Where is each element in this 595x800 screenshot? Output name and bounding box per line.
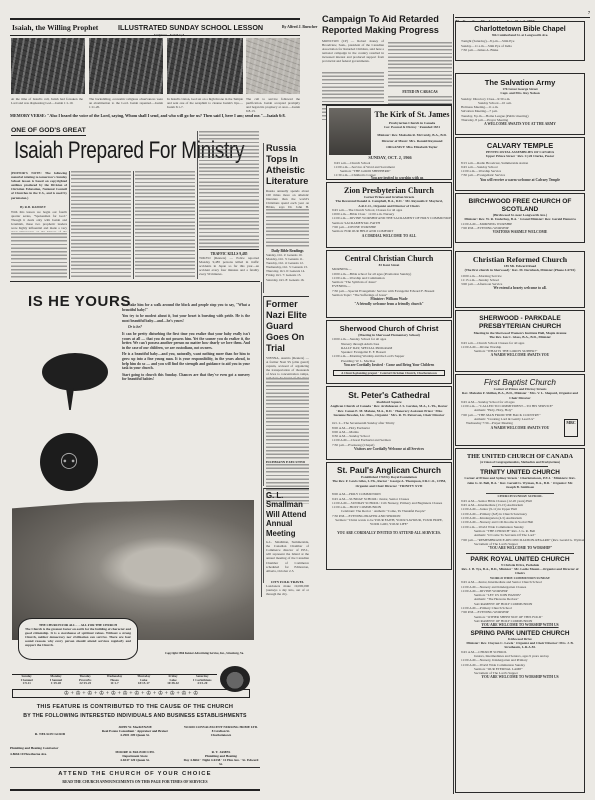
day-reading: SundayI Samuel1:9-11 xyxy=(14,675,40,688)
church-name-spring-park: SPRING PARK UNITED CHURCH xyxy=(456,630,584,637)
church-steeple-photo xyxy=(329,108,371,155)
baby-carriage-medallion-icon: ⚇ xyxy=(40,433,98,491)
church-name: Charlottetown Bible Chapel xyxy=(456,26,584,33)
church-kirk-of-st-james: The Kirk of St. James Presbyterian Churc… xyxy=(326,105,452,180)
nazi-headline: Former Nazi Elite Guard Goes On Trial xyxy=(266,299,309,354)
memory-verse-text: "Also I heard the voice of the Lord, say… xyxy=(47,114,286,118)
lesson-scripture: Scripture—Isaiah 1; 6. xyxy=(154,33,185,37)
church-central-christian: Central Christian Church 83 Kent Street … xyxy=(326,250,452,318)
church-birchwood-free-church: BIRCHWOOD FREE CHURCH OF SCOTLAND (Birch… xyxy=(455,193,585,243)
ad-ellipse-logo-icon xyxy=(42,353,108,391)
comic-caption-3: In Isaiah's vision, God sat on a high th… xyxy=(167,97,243,113)
church-name: First Baptist Church xyxy=(456,378,584,387)
memory-verse: MEMORY VERSE: "Also I heard the voice of… xyxy=(10,114,300,123)
church-charlottetown-bible-chapel: Charlottetown Bible Chapel 9th Cumberlan… xyxy=(455,21,585,61)
attend-church-banner: ATTEND THE CHURCH OF YOUR CHOICE xyxy=(10,771,260,777)
church-name: St. Peter's Cathedral xyxy=(327,390,451,400)
church-planting-note: A Church-planting project · Central Chri… xyxy=(333,370,445,376)
ad-headline: IS HE YOURS xyxy=(28,293,131,310)
church-name-park-royal: PARK ROYAL UNITED CHURCH xyxy=(456,556,584,563)
russia-headline: Russia Tops In Atheistic Literature xyxy=(266,143,309,187)
editors-note: (EDITOR'S NOTE: The following material r… xyxy=(11,171,67,203)
article-column-3-text xyxy=(135,171,195,279)
comic-panel-1 xyxy=(11,38,85,94)
church-salvation-army: The Salvation Army 176 Great George Stre… xyxy=(455,73,585,135)
church-sherwood-church-of-christ: Sherwood Church of Christ (Meeting in Sh… xyxy=(326,320,452,384)
sponsor-good: R. NELSON GOOD xyxy=(10,732,90,736)
church-name: Zion Presbyterian Church xyxy=(327,186,451,195)
newspaper-dateline: The Guardian, Charlottetown, Sat., Oct. … xyxy=(455,10,590,18)
comic-panel-4 xyxy=(246,38,300,94)
sponsors-block: THIS FEATURE IS CONTRIBUTED TO THE CAUSE… xyxy=(10,704,260,796)
day-reading: FridayLuke10:38-42 xyxy=(160,675,186,688)
campaign-dateline: MONCTON (CP) — Robert Jeaney of Broadvie… xyxy=(322,39,384,67)
lesson-masthead: Isaiah, the Willing Prophet ILLUSTRATED … xyxy=(10,18,300,36)
church-st-peters-cathedral: St. Peter's Cathedral Rochford Square An… xyxy=(326,386,452,460)
sponsors-line-1: THIS FEATURE IS CONTRIBUTED TO THE CAUSE… xyxy=(10,704,260,710)
church-for-all-box: THE CHURCH FOR ALL . . . ALL FOR THE CHU… xyxy=(18,618,138,660)
service-date: SUNDAY, OCT. 2, 1966 xyxy=(329,156,451,161)
ad-pendant-stem-icon xyxy=(66,388,74,410)
church-name: Sherwood Church of Christ xyxy=(327,324,451,333)
comic-panel-3 xyxy=(167,38,243,94)
comic-caption-4: The call to service followed the purific… xyxy=(246,97,300,113)
lesson-title: Isaiah, the Willing Prophet xyxy=(12,23,98,32)
church-first-baptist: First Baptist Church Corner of Prince an… xyxy=(455,374,585,446)
church-sherwood-parkdale-presbyterian: SHERWOOD - PARKDALE PRESBYTERIAN CHURCH … xyxy=(455,310,585,372)
church-christian-reformed: Christian Reformed Church 185 Mt. Edward… xyxy=(455,251,585,308)
sponsors-line-2: BY THE FOLLOWING INTERESTED INDIVIDUALS … xyxy=(10,713,260,719)
article-column-2-text xyxy=(71,171,131,279)
article-kicker: ONE OF GOD'S GREAT xyxy=(11,127,86,136)
campaign-headline: Campaign To Aid Retarded Reported Making… xyxy=(322,14,447,36)
church-name: TRINITY UNITED CHURCH xyxy=(456,469,584,476)
church-name: SHERWOOD - PARKDALE PRESBYTERIAN CHURCH xyxy=(456,315,584,331)
newspaper-page: Isaiah, the Willing Prophet ILLUSTRATED … xyxy=(0,0,595,800)
mbc-logo-icon: MBC xyxy=(564,419,578,437)
nazi-dateline: VIENNA, Austria (Reuters) — A former Naz… xyxy=(266,356,309,378)
ad-copy: You take him for a walk around the block… xyxy=(122,303,250,382)
traffic-sidebar-text: TOKYO (Reuters) — Police reported Monday… xyxy=(199,256,259,278)
russia-dateline: Russia annually spends about 100 times m… xyxy=(266,189,309,209)
lesson-byline: By Alfred J. Buescher xyxy=(282,25,317,29)
church-st-pauls-anglican: St. Paul's Anglican Church Established 1… xyxy=(326,462,452,570)
attend-church-subline: READ THE CHURCH ANNOUNCEMENTS ON THIS PA… xyxy=(10,780,260,784)
smallman-tail: Londoners make 19,000,000 journeys a day… xyxy=(266,584,309,596)
daily-readings-strip: SundayI Samuel1:9-11 MondayI Samuel1:19-… xyxy=(12,674,217,688)
sponsor-moore-mcleod: MOORE & McLEOD LTD. Department Store 4-6… xyxy=(100,750,170,762)
comic-caption-2: The backsliding, economic religious obse… xyxy=(89,97,163,113)
church-name: The Salvation Army xyxy=(456,78,584,87)
church-name: St. Paul's Anglican Church xyxy=(327,466,451,475)
crown-border: ♔ + ♔ + ♔ + ♔ + ♔ + ♔ + ♔ + ♔ + ♔ + ♔ + … xyxy=(12,689,250,698)
nazi-article: Former Nazi Elite Guard Goes On Trial VI… xyxy=(263,296,309,486)
day-reading: WednesdayHosea11:1-7 xyxy=(101,675,127,688)
article-column-1-text xyxy=(11,233,67,279)
article-column-4-text xyxy=(199,131,259,248)
page-number: 7 xyxy=(588,10,590,15)
campaign-subhead: FETED IN CARACAS xyxy=(388,90,452,94)
church-calvary-temple: CALVARY TEMPLE PENTECOSTAL ASSEMBLIES OF… xyxy=(455,137,585,191)
memory-verse-label: MEMORY VERSE: xyxy=(10,114,46,118)
comic-panel-2 xyxy=(89,38,163,94)
day-reading: MondayI Samuel1:19-28 xyxy=(43,675,69,688)
reading-item: Saturday, Oct. 8: Genesis 16. xyxy=(266,278,309,282)
denomination-name: THE UNITED CHURCH OF CANADA xyxy=(456,453,584,460)
article-body-start: With this lesson we begin our fourth qua… xyxy=(11,210,67,232)
day-reading: ThursdayLuke18:15-17 xyxy=(131,675,157,688)
church-united-church-of-canada: THE UNITED CHURCH OF CANADA (A Union of … xyxy=(455,448,585,793)
series-title: ILLUSTRATED SUNDAY SCHOOL LESSON xyxy=(118,23,263,32)
comic-caption-1: At the time of Isaiah's call, Judah had … xyxy=(11,97,83,113)
russia-article: Russia Tops In Atheistic Literature Russ… xyxy=(263,143,309,293)
day-reading: TuesdayProverbs22:15-25 xyxy=(72,675,98,688)
church-name: CALVARY TEMPLE xyxy=(456,141,584,150)
smallman-headline: G. L. Smallman Will Attend Annual Meetin… xyxy=(266,491,309,538)
church-name: Christian Reformed Church xyxy=(456,255,584,264)
smallman-dateline: G.L. Smallman, Summerside, the Canadian … xyxy=(266,540,309,578)
traffic-sidebar: TRAFFIC KILLS 9,485 TOKYO (Reuters) — Po… xyxy=(199,249,259,279)
church-name: Central Christian Church xyxy=(327,254,451,263)
church-zion-presbyterian: Zion Presbyterian Church Corner Prince a… xyxy=(326,182,452,248)
sponsor-mackenzie: JOHN W. MacKENZIE Real Estate Consultant… xyxy=(100,725,170,737)
smallman-article: G. L. Smallman Will Attend Annual Meetin… xyxy=(263,488,309,583)
sponsor-wood-convalescent: WOOD CONVALESCENT NURSING HOME LTD. 8 Gr… xyxy=(182,725,260,737)
ad-copyright: Copyright 1966 Keister Advertising Servi… xyxy=(165,651,244,655)
day-reading: SaturdayI Corinthians4:15-20 xyxy=(189,675,215,688)
church-name: BIRCHWOOD FREE CHURCH OF SCOTLAND xyxy=(456,198,584,213)
sponsor-rt-james: R. T. JAMES Plumbing and Heating Day 4-8… xyxy=(182,750,260,766)
church-name: The Kirk of St. James xyxy=(373,110,451,119)
